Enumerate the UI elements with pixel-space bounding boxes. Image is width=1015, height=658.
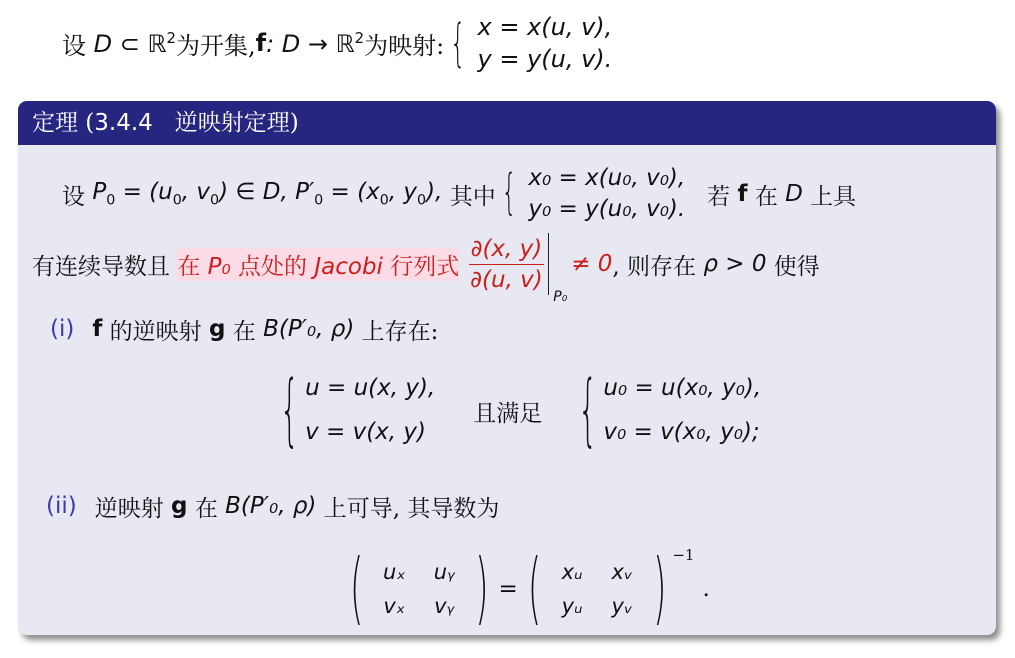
left-paren: ( [528, 543, 541, 635]
left-brace: { [502, 170, 517, 218]
inverse-eq1: u = u(x, y), [305, 367, 435, 411]
item-i-text-c: 上存在: [362, 313, 439, 346]
line1-eq2: y₀ = y(u₀, v₀). [528, 194, 685, 225]
theorem-number: 3.4.4 [94, 110, 153, 136]
period: . [702, 576, 709, 602]
inverse-eq2: v = v(x, y) [305, 411, 435, 455]
line1-suffix-b: 在 [755, 178, 778, 211]
right-paren: ) [653, 543, 666, 635]
line1-system: x₀ = x(u₀, v₀), y₀ = y(u₀, v₀). [528, 163, 685, 225]
item-i-ball: B(P′₀, ρ) [263, 316, 354, 342]
jacobian-matrix: xᵤxᵥ yᵤyᵥ [547, 560, 647, 618]
line1-D: D [785, 181, 803, 207]
item-i-systems: { u = u(x, y), v = v(x, y) 且满足 { u₀ = u(… [280, 363, 761, 459]
intro-system: x = x(u, v), y = y(u, v). [477, 11, 612, 76]
inverse-system: u = u(x, y), v = v(x, y) [305, 367, 435, 454]
left-paren: ( [350, 543, 363, 635]
left-brace: { [280, 366, 299, 457]
theorem-title: 定理 (3.4.4 逆映射定理) [18, 101, 996, 145]
intro-eq1: x = x(u, v), [477, 11, 612, 43]
item-i-g: g [209, 316, 225, 342]
title-prefix: 定理 ( [32, 110, 94, 136]
item-i-label: (i) [50, 316, 74, 342]
theorem-name: 逆映射定理) [175, 110, 299, 136]
intro-set-expr: D ⊂ ℝ2 [94, 29, 176, 58]
item-i-text-b: 在 [233, 313, 256, 346]
line2-prefix: 有连续导数且 [32, 248, 170, 281]
intro-mid2: 为映射: [364, 26, 444, 61]
line2-suffix2: 使得 [774, 248, 820, 281]
initial-eq2: v₀ = v(x₀, y₀); [603, 411, 761, 455]
rho-condition: ρ > 0 [703, 251, 766, 277]
inverse-exponent: −1 [672, 546, 694, 564]
intro-map-expr: : D → ℝ2 [266, 29, 364, 58]
jacobi-highlight: 在 P₀ 点处的 Jacobi 行列式 [177, 248, 459, 281]
item-ii-g: g [171, 493, 187, 519]
jacobian-denominator: ∂(u, v) [470, 265, 543, 293]
intro-eq2: y = y(u, v). [477, 43, 612, 75]
line1-f: f [737, 181, 747, 207]
theorem-block: 定理 (3.4.4 逆映射定理) 设 P0 = (u0, v0) ∈ D, P′… [18, 101, 996, 635]
theorem-line-2: 有连续导数且 在 P₀ 点处的 Jacobi 行列式 ∂(x, y) ∂(u, … [32, 229, 820, 299]
intro-mid1: 为开集, [176, 26, 256, 61]
left-brace: { [578, 366, 597, 457]
intro-statement: 设 D ⊂ ℝ2 为开集, f : D → ℝ2 为映射: { x = x(u,… [62, 8, 612, 78]
intro-f: f [256, 29, 266, 57]
nonzero-condition: ≠ 0 [571, 251, 612, 277]
initial-system: u₀ = u(x₀, y₀), v₀ = v(x₀, y₀); [603, 367, 761, 454]
jacobian-numerator: ∂(x, y) [469, 236, 545, 265]
line1-prefix: 设 [62, 178, 85, 211]
theorem-line-1: 设 P0 = (u0, v0) ∈ D, P′0 = (x0, y0), 其中 … [62, 163, 856, 225]
initial-eq1: u₀ = u(x₀, y₀), [603, 367, 761, 411]
line1-points: P0 = (u0, v0) ∈ D, P′0 = (x0, y0), [92, 179, 442, 209]
item-ii-ball: B(P′₀, ρ) [225, 493, 316, 519]
inverse-jacobian-matrix: uₓuᵧ vₓvᵧ [369, 560, 469, 618]
item-ii-text-a: 逆映射 [95, 490, 164, 523]
line1-where: 其中 [450, 178, 496, 211]
right-paren: ) [475, 543, 488, 635]
line1-suffix-a: 若 [707, 178, 730, 211]
item-ii-text-b: 在 [195, 490, 218, 523]
item-ii-text-c: 上可导, 其导数为 [324, 490, 500, 523]
line1-suffix-c: 上具 [810, 178, 856, 211]
left-brace: { [450, 18, 465, 68]
line1-eq1: x₀ = x(u₀, v₀), [528, 163, 685, 194]
item-i-f: f [92, 316, 102, 342]
item-ii-label: (ii) [46, 493, 77, 519]
intro-prefix: 设 [62, 26, 86, 61]
line2-suffix: , 则存在 [612, 248, 696, 281]
evaluation-bar: P₀ [548, 233, 549, 295]
jacobian-fraction: ∂(x, y) ∂(u, v) [469, 236, 545, 293]
and-satisfies: 且满足 [473, 395, 542, 428]
item-ii: (ii) 逆映射 g 在 B(P′₀, ρ) 上可导, 其导数为 [46, 483, 499, 529]
item-i: (i) f 的逆映射 g 在 B(P′₀, ρ) 上存在: [50, 306, 438, 352]
derivative-equation: ( uₓuᵧ vₓvᵧ ) = ( xᵤxᵥ yᵤyᵥ ) −1 . [344, 549, 710, 629]
item-i-text-a: 的逆映射 [110, 313, 202, 346]
